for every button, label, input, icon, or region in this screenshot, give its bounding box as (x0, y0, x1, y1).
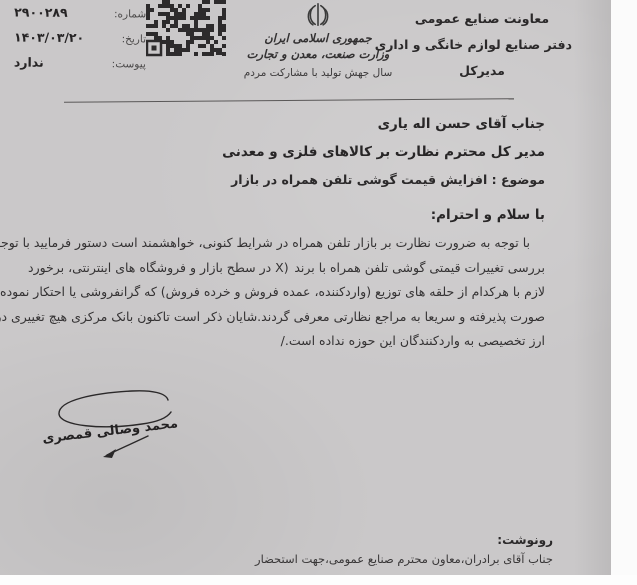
meta-attachment-row: پیوست: ندارد (14, 55, 146, 81)
body-line-2-continuation: X)در سطح بازار و فروشگاه های اینترنتی، ب… (28, 256, 289, 281)
body-line-4: صورت پذیرفته و سریعا به مراجع نظارتی معر… (28, 305, 545, 330)
body-line-2: بررسی تغییرات قیمتی گوشی تلفن همراه با ب… (28, 256, 545, 281)
cc-recipient-line: جناب آقای برادران،معاون محترم صنایع عموم… (255, 550, 553, 569)
date-value: ۱۴۰۳/۰۳/۲۰ (14, 30, 84, 45)
letter-subject: موضوع : افزایش قیمت گوشی تلفن همراه در ب… (222, 166, 545, 194)
date-label: تاریخ: (122, 33, 147, 45)
qr-code-icon (146, 0, 226, 57)
number-label: شماره: (114, 8, 146, 20)
department-line-3: مدیرکل (392, 58, 572, 84)
number-value: ۲۹۰۰۲۸۹ (14, 5, 68, 20)
attachment-label: پیوست: (112, 58, 146, 70)
iran-emblem-icon (305, 1, 331, 29)
cc-label: رونوشت: (255, 530, 553, 550)
department-line-1: معاونت صنایع عمومی (392, 6, 572, 32)
recipient-block: جناب آقای حسن اله یاری مدیر کل محترم نظا… (222, 110, 545, 194)
cc-block: رونوشت: جناب آقای برادران،معاون محترم صن… (255, 530, 553, 569)
emblem-slogan-text: سال جهش تولید با مشارکت مردم (238, 67, 398, 79)
salutation: با سلام و احترام: (28, 207, 545, 231)
body-line-1: با توجه به ضرورت نظارت بر بازار تلفن همر… (28, 231, 545, 256)
signature-block: محمد وصالی قمصری (40, 388, 200, 466)
body-line-3: لازم با هرکدام از حلقه های توزیع (واردکن… (28, 280, 545, 305)
letter-paper: شماره: ۲۹۰۰۲۸۹ تاریخ: ۱۴۰۳/۰۳/۲۰ پیوست: … (0, 0, 637, 585)
recipient-title: مدیر کل محترم نظارت بر کالاهای فلزی و مع… (222, 138, 545, 166)
letter-meta: شماره: ۲۹۰۰۲۸۹ تاریخ: ۱۴۰۳/۰۳/۲۰ پیوست: … (14, 5, 147, 81)
scan-edge-bottom (0, 575, 637, 585)
redacted-brand: X) (275, 256, 288, 281)
department-line-2: دفتر صنایع لوازم خانگی و اداری (392, 32, 572, 58)
scanned-letter: شماره: ۲۹۰۰۲۸۹ تاریخ: ۱۴۰۳/۰۳/۲۰ پیوست: … (0, 0, 637, 585)
body-line-5: ارز تخصیصی به واردکنندگان این حوزه نداده… (28, 329, 545, 354)
scan-edge-right (611, 0, 637, 585)
header-divider (64, 98, 514, 103)
meta-date-row: تاریخ: ۱۴۰۳/۰۳/۲۰ (14, 30, 146, 56)
attachment-value: ندارد (14, 55, 44, 70)
body-line-2-start: بررسی تغییرات قیمتی گوشی تلفن همراه با ب… (294, 256, 545, 281)
meta-number-row: شماره: ۲۹۰۰۲۸۹ (14, 5, 146, 31)
letter-body: با سلام و احترام: با توجه به ضرورت نظارت… (28, 207, 545, 354)
recipient-name: جناب آقای حسن اله یاری (222, 110, 545, 138)
department-block: معاونت صنایع عمومی دفتر صنایع لوازم خانگ… (392, 6, 572, 84)
body-line-2-end: در سطح بازار و فروشگاه های اینترنتی، برخ… (28, 260, 271, 275)
